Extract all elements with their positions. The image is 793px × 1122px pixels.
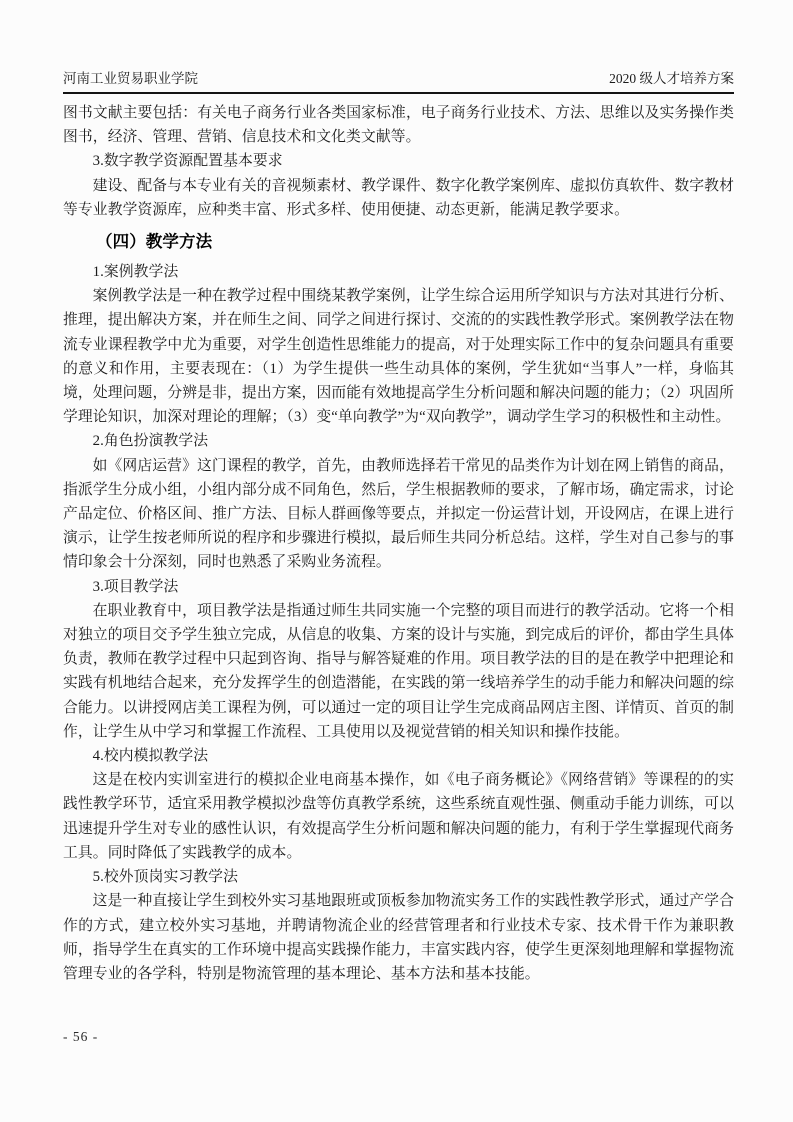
paragraph: 如《网店运营》这门课程的教学，首先，由教师选择若干常见的品类作为计划在网上销售的… <box>63 454 734 575</box>
paragraph: 图书文献主要包括：有关电子商务行业各类国家标准，电子商务行业技术、方法、思维以及… <box>63 101 734 149</box>
paragraph: 3.项目教学法 <box>63 575 734 599</box>
page-header: 河南工业贸易职业学院 2020 级人才培养方案 <box>63 71 734 94</box>
paragraph: 建设、配备与本专业有关的音视频素材、教学课件、数字化教学案例库、虚拟仿真软件、数… <box>63 174 734 222</box>
paragraph: 这是一种直接让学生到校外实习基地跟班或顶板参加物流实务工作的实践性教学形式，通过… <box>63 889 734 986</box>
paragraph: 3.数字教学资源配置基本要求 <box>63 149 734 173</box>
document-body: 图书文献主要包括：有关电子商务行业各类国家标准，电子商务行业技术、方法、思维以及… <box>63 101 734 986</box>
section-heading: （四）教学方法 <box>63 229 734 255</box>
paragraph: 5.校外顶岗实习教学法 <box>63 865 734 889</box>
page-footer: - 56 - <box>63 1029 98 1045</box>
paragraph: 2.角色扮演教学法 <box>63 429 734 453</box>
page-number: - 56 - <box>63 1029 98 1044</box>
paragraph: 这是在校内实训室进行的模拟企业电商基本操作，如《电子商务概论》《网络营销》等课程… <box>63 768 734 865</box>
header-program-title: 2020 级人才培养方案 <box>609 71 734 87</box>
paragraph: 在职业教育中，项目教学法是指通过师生共同实施一个完整的项目而进行的教学活动。它将… <box>63 599 734 744</box>
document-page: 河南工业贸易职业学院 2020 级人才培养方案 图书文献主要包括：有关电子商务行… <box>0 0 793 1122</box>
paragraph: 案例教学法是一种在教学过程中围绕某教学案例，让学生综合运用所学知识与方法对其进行… <box>63 284 734 429</box>
paragraph: 4.校内模拟教学法 <box>63 744 734 768</box>
header-school-name: 河南工业贸易职业学院 <box>63 71 198 87</box>
paragraph: 1.案例教学法 <box>63 260 734 284</box>
